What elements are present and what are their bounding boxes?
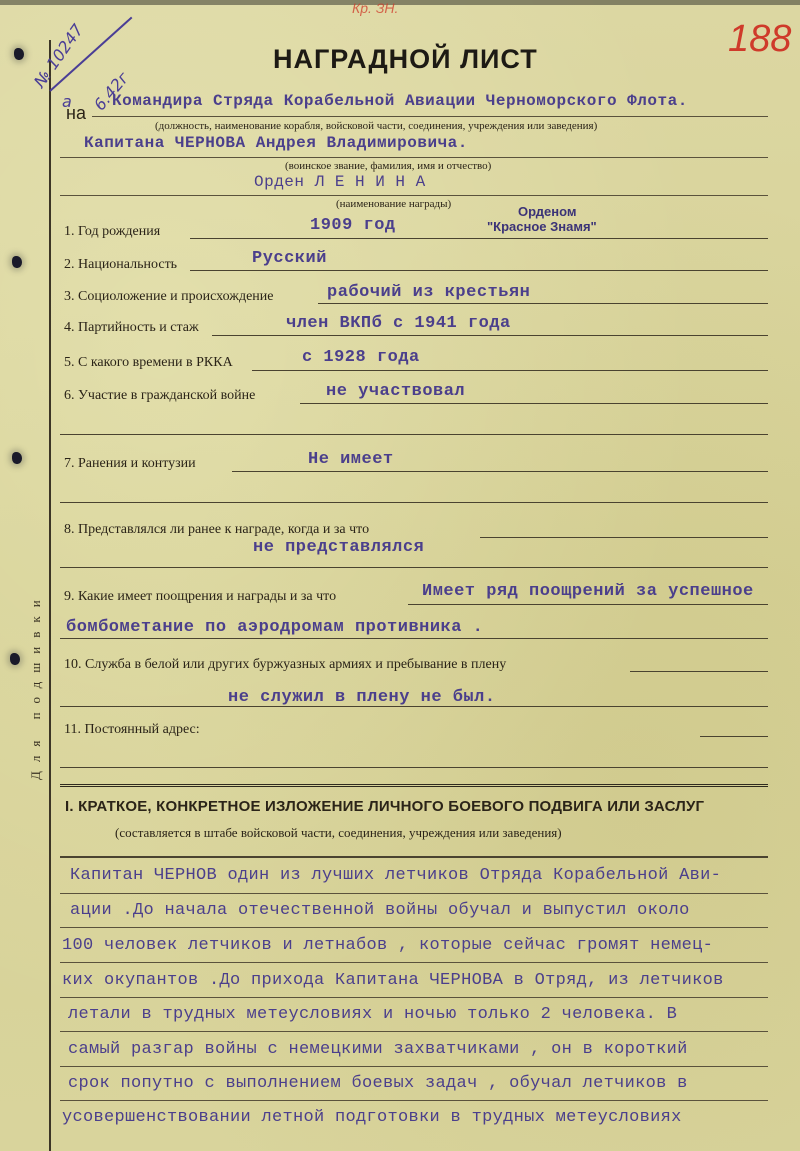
award-name: Орден Л Е Н И Н А <box>254 173 426 191</box>
field-4-value: член ВКПб с 1941 года <box>286 314 511 333</box>
field-8-label: 8. Представлялся ли ранее к награде, ког… <box>64 522 369 538</box>
field-7-rule-2 <box>60 502 768 503</box>
field-10-label: 10. Служба в белой или других буржуазных… <box>64 657 506 673</box>
field-11-rule <box>700 736 768 737</box>
field-1-label: 1. Год рождения <box>64 224 160 240</box>
field-6-label: 6. Участие в гражданской войне <box>64 388 255 404</box>
narrative-line: летали в трудных метеусловиях и ночью то… <box>68 1005 677 1024</box>
narrative-line: срок попутно с выполнением боевых задач … <box>68 1074 688 1093</box>
field-1-rule <box>190 238 768 239</box>
field-8-value: не представлялся <box>253 538 424 557</box>
field-9-value-cont: бомбометание по аэродромам противника . <box>66 618 483 637</box>
section-divider <box>60 784 768 787</box>
field-6-value: не участвовал <box>326 382 465 401</box>
top-edge-shadow <box>0 0 800 5</box>
field-10-rule-2 <box>60 706 768 707</box>
field-11-rule-2 <box>60 767 768 768</box>
field-8-rule-2 <box>60 567 768 568</box>
field-1-value: 1909 год <box>310 216 396 235</box>
field-2-rule <box>190 270 768 271</box>
field-4-label: 4. Партийность и стаж <box>64 320 199 336</box>
nominating-position: Командира Стряда Корабельной Авиации Чер… <box>112 92 688 110</box>
punch-hole <box>10 653 20 665</box>
field-10-value: не служил в плену не был. <box>228 688 496 707</box>
field-6-rule <box>300 403 768 404</box>
award-alt-line1: Орденом <box>518 204 576 219</box>
award-caption: (наименование награды) <box>336 198 451 210</box>
page-number: 188 <box>728 18 791 61</box>
field-9-rule-2 <box>60 638 768 639</box>
narrative-rule <box>60 962 768 963</box>
field-2-value: Русский <box>252 249 327 268</box>
field-3-value: рабочий из крестьян <box>327 283 530 302</box>
field-8-rule <box>480 537 768 538</box>
margin-line <box>49 40 51 1151</box>
nominee-name: Капитана ЧЕРНОВА Андрея Владимировича. <box>84 134 468 152</box>
field-2-label: 2. Национальность <box>64 257 177 273</box>
punch-hole <box>14 48 24 60</box>
field-3-label: 3. Социоложение и происхождение <box>64 289 274 305</box>
name-rule <box>60 157 768 158</box>
narrative-rule <box>60 893 768 894</box>
narrative-line: самый разгар войны с немецкими захватчик… <box>68 1040 688 1059</box>
narrative-rule <box>60 1100 768 1101</box>
field-9-label: 9. Какие имеет поощрения и награды и за … <box>64 589 336 605</box>
archive-mark: Кр. ЗН. <box>352 0 398 16</box>
narrative-line: усовершенствовании летной подготовки в т… <box>62 1108 682 1127</box>
punch-hole <box>12 256 22 268</box>
name-caption: (воинское звание, фамилия, имя и отчеств… <box>285 160 491 172</box>
narrative-rule <box>60 997 768 998</box>
field-10-rule <box>630 671 768 672</box>
field-11-label: 11. Постоянный адрес: <box>64 722 200 738</box>
field-3-rule <box>318 303 768 304</box>
field-9-value: Имеет ряд поощрений за успешное <box>422 582 754 601</box>
position-caption: (должность, наименование корабля, войско… <box>155 120 597 132</box>
narrative-line: ких окупантов .До прихода Капитана ЧЕРНО… <box>62 971 724 990</box>
field-4-rule <box>212 335 768 336</box>
narrative-line: ации .До начала отечественной войны обуч… <box>70 901 690 920</box>
section-1-subheading: (составляется в штабе войсковой части, с… <box>115 825 562 841</box>
field-7-value: Не имеет <box>308 450 394 469</box>
section-1-heading: I. КРАТКОЕ, КОНКРЕТНОЕ ИЗЛОЖЕНИЕ ЛИЧНОГО… <box>65 798 704 815</box>
punch-hole <box>12 452 22 464</box>
narrative-rule <box>60 1066 768 1067</box>
field-7-label: 7. Ранения и контузии <box>64 456 196 472</box>
award-alt-line2: "Красное Знамя" <box>487 219 597 234</box>
award-rule <box>60 195 768 196</box>
narrative-rule <box>60 927 768 928</box>
narrative-line: Капитан ЧЕРНОВ один из лучших летчиков О… <box>70 866 721 885</box>
to-prefix: на <box>66 103 86 124</box>
narrative-rule <box>60 1031 768 1032</box>
narrative-line: 100 человек летчиков и летнабов , которы… <box>62 936 713 955</box>
section-1-top-rule <box>60 856 768 858</box>
field-5-label: 5. С какого времени в РККА <box>64 355 233 371</box>
field-7-rule <box>232 471 768 472</box>
document-title: НАГРАДНОЙ ЛИСТ <box>273 44 538 75</box>
binding-margin-label: Для подшивки <box>28 400 44 780</box>
position-rule <box>92 116 768 117</box>
field-5-rule <box>252 370 768 371</box>
field-6-rule-2 <box>60 434 768 435</box>
field-5-value: с 1928 года <box>302 348 420 367</box>
field-9-rule <box>408 604 768 605</box>
